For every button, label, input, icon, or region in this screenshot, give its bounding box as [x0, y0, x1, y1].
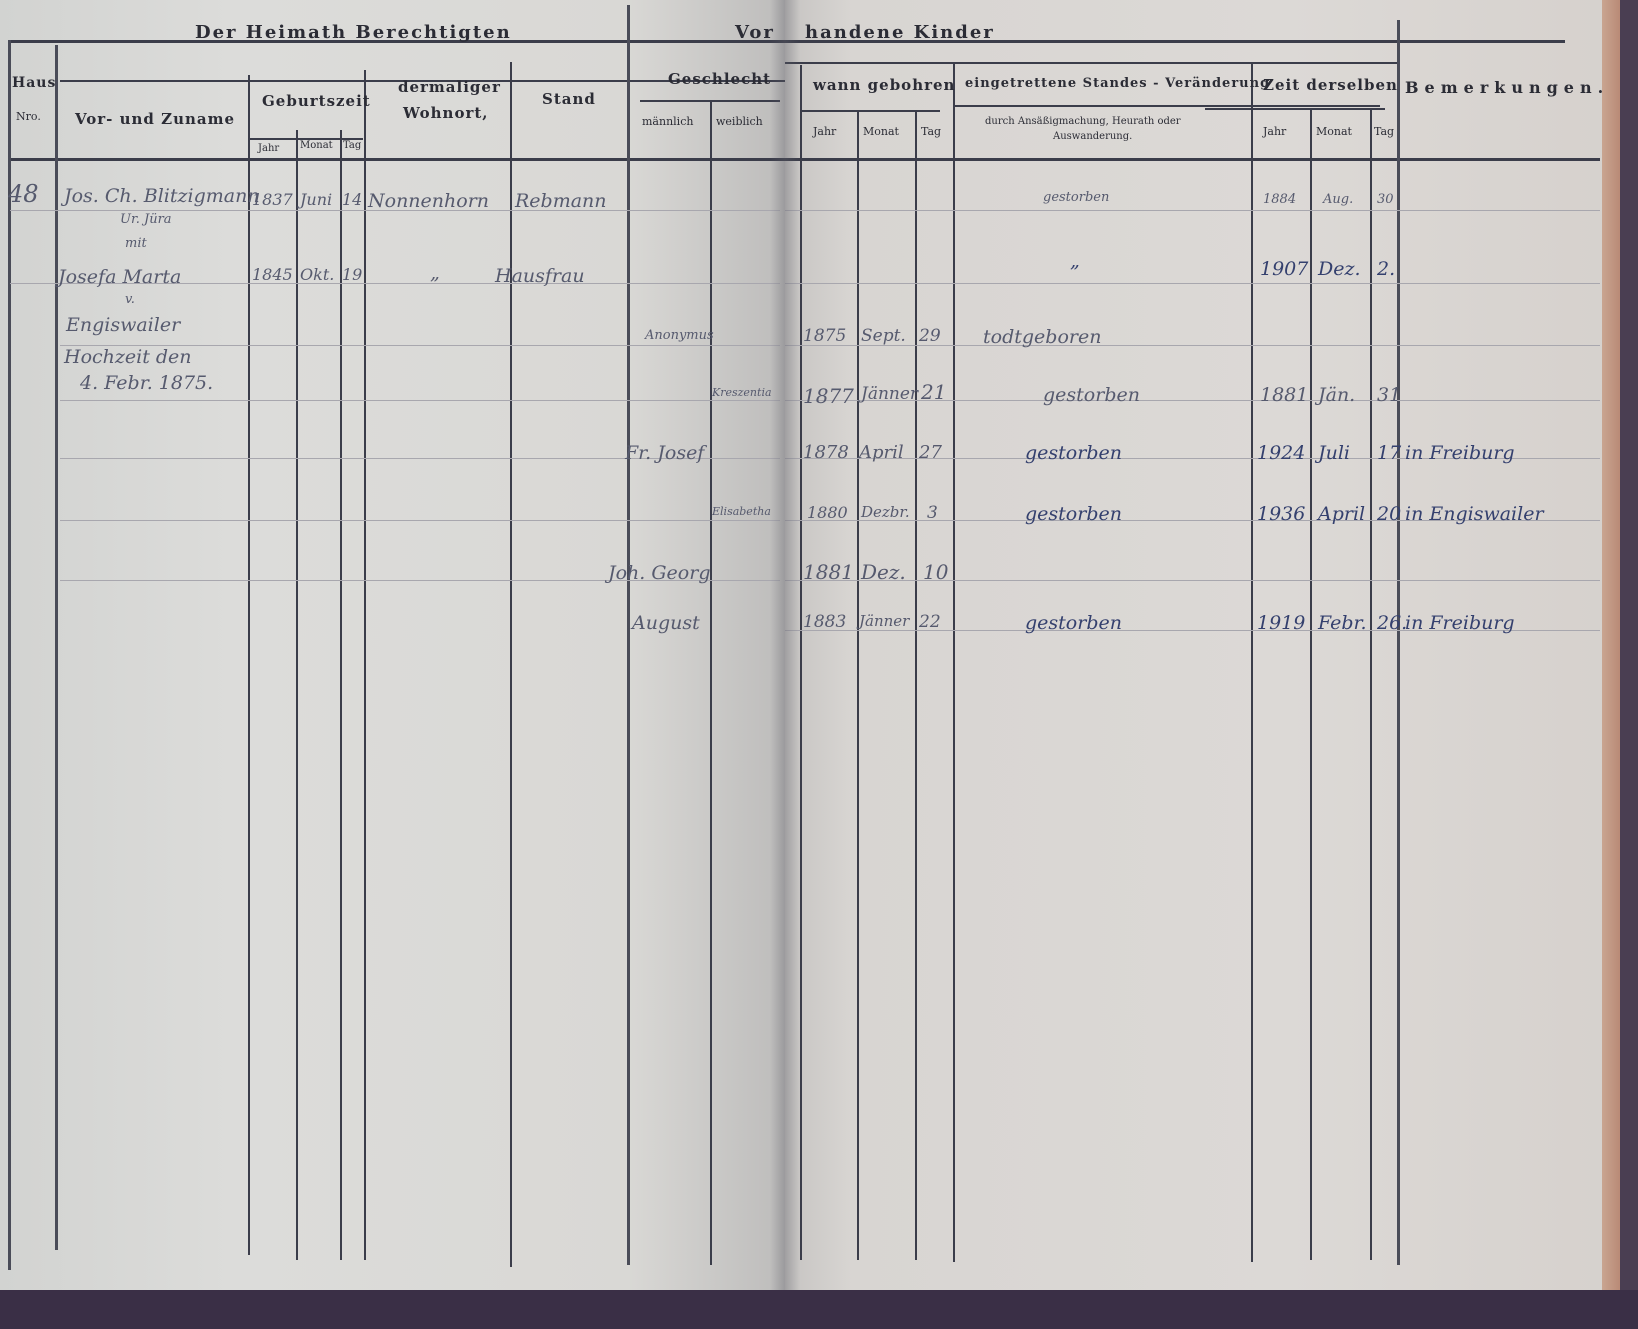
header-wann-gebohren: wann gebohren	[813, 76, 955, 94]
child-birth-month: Dez.	[861, 560, 906, 584]
rule-haus-name	[55, 45, 58, 1250]
child-zeit-monat: Jän.	[1318, 384, 1355, 406]
header-veraenderung: eingetrettene Standes - Veränderung	[965, 76, 1270, 91]
header-veraenderung-sub1: durch Ansäßigmachung, Heurath oder	[985, 116, 1181, 127]
rule-gebohren-sub	[800, 110, 940, 112]
header-veraenderung-sub2: Auswanderung.	[1053, 131, 1132, 142]
mother-stand: Hausfrau	[495, 265, 585, 287]
name-line: 4. Febr. 1875.	[80, 372, 213, 394]
header-geburt-tag: Tag	[343, 140, 361, 151]
header-geburtszeit: Geburtszeit	[262, 92, 371, 110]
rule-zeit-sub	[1205, 108, 1385, 110]
rule-veraenderung-sub	[955, 105, 1380, 107]
title-fragment-vor: Vor	[735, 22, 775, 43]
name-line: Jos. Ch. Blitzigmann	[64, 185, 260, 207]
left-page-title: Der Heimath Berechtigten	[195, 22, 512, 43]
child-birth-month: Sept.	[861, 326, 906, 346]
child-bemerkung: in Freiburg	[1405, 442, 1515, 464]
name-line: Josefa Marta	[58, 266, 181, 288]
child-veraenderung: gestorben	[1043, 384, 1140, 406]
row-rule	[785, 580, 1600, 581]
father-wohnort: Nonnenhorn	[368, 190, 489, 212]
name-line: Engiswailer	[66, 314, 180, 336]
mother-zeit-monat: Dez.	[1318, 258, 1361, 280]
father-birth-month: Juni	[300, 190, 332, 209]
child-name-maennlich: Joh. Georg	[608, 562, 710, 584]
right-page: handene Kinder wann gebohren Jahr Monat …	[785, 0, 1620, 1310]
child-zeit-jahr: 1924	[1257, 442, 1305, 464]
child-zeit-jahr: 1881	[1260, 384, 1308, 406]
child-veraenderung: todtgeboren	[983, 326, 1101, 348]
child-birth-day: 27	[919, 442, 942, 463]
child-zeit-jahr: 1919	[1257, 612, 1305, 634]
child-birth-day: 3	[927, 503, 938, 523]
row-rule	[785, 345, 1600, 346]
header-geschlecht: Geschlecht	[668, 70, 771, 88]
child-zeit-monat: Juli	[1318, 442, 1350, 464]
child-birth-month: Jänner	[859, 612, 909, 630]
father-zeit-monat: Aug.	[1323, 192, 1353, 207]
child-name-maennlich: Anonymus	[645, 328, 714, 343]
mother-birth-day: 19	[342, 265, 362, 284]
book-bottom-shadow	[0, 1290, 1638, 1329]
mother-veraenderung: „	[1070, 250, 1080, 272]
child-birth-day: 10	[923, 560, 948, 584]
header-name: Vor- und Zuname	[75, 110, 235, 128]
open-register-book: Der Heimath Berechtigten Haus Nro. Vor- …	[0, 0, 1638, 1310]
child-name-weiblich: Kreszentia	[712, 386, 772, 399]
header-nro: Nro.	[16, 110, 41, 123]
header-zeit-monat: Monat	[1316, 125, 1352, 138]
header-bottom-rule	[10, 158, 785, 161]
rule-geschlecht-sub	[640, 100, 780, 102]
header-sub-rule	[785, 62, 1400, 64]
father-birth-day: 14	[342, 190, 362, 209]
name-line: v.	[125, 292, 135, 307]
row-rule	[60, 400, 780, 401]
name-line: Ur. Jüra	[120, 212, 172, 227]
header-geburt-monat: Monat	[300, 140, 333, 151]
rule-name-jahr	[248, 75, 250, 1255]
left-page: Der Heimath Berechtigten Haus Nro. Vor- …	[0, 0, 785, 1310]
child-veraenderung: gestorben	[1025, 442, 1122, 464]
child-birth-year: 1881	[803, 560, 854, 584]
header-weiblich: weiblich	[716, 115, 763, 128]
child-zeit-monat: April	[1318, 503, 1365, 525]
father-birth-year: 1837	[252, 190, 293, 209]
header-geburt-jahr: Jahr	[258, 143, 279, 154]
rule-veraenderung-zeit	[1251, 62, 1253, 1262]
child-name-maennlich: Fr. Josef	[625, 442, 704, 464]
header-bottom-rule	[785, 158, 1600, 161]
header-wohnort: Wohnort,	[403, 104, 489, 122]
rule-tag-wohnort	[364, 70, 366, 1260]
header-maennlich: männlich	[642, 115, 693, 128]
mother-wohnort: „	[430, 262, 440, 284]
rule-maennlich-weiblich	[710, 100, 712, 1265]
child-name-weiblich: Elisabetha	[712, 505, 771, 518]
rule-jahr-monat	[296, 130, 298, 1260]
header-zeit-tag: Tag	[1374, 125, 1394, 138]
name-line: Hochzeit den	[64, 346, 192, 368]
header-dermaliger: dermaliger	[398, 78, 501, 96]
child-birth-day: 21	[921, 380, 946, 404]
row-rule	[785, 210, 1600, 211]
rule-zeit-bemerkungen	[1397, 20, 1400, 1265]
rule-monat-tag	[340, 130, 342, 1260]
child-birth-year: 1877	[803, 384, 854, 408]
child-zeit-monat: Febr.	[1318, 612, 1367, 634]
rule-wohnort-stand	[510, 62, 512, 1267]
mother-birth-month: Okt.	[300, 265, 334, 284]
rule-tag-veraenderung	[953, 62, 955, 1262]
child-birth-month: Dezbr.	[861, 503, 910, 521]
header-zeit-jahr: Jahr	[1263, 125, 1286, 138]
right-page-title: handene Kinder	[805, 22, 995, 43]
header-gebohren-jahr: Jahr	[813, 125, 836, 138]
child-zeit-tag: 20	[1377, 503, 1401, 525]
child-birth-day: 22	[919, 612, 941, 632]
child-birth-year: 1878	[803, 442, 849, 463]
child-birth-year: 1875	[803, 326, 846, 346]
header-bemerkungen: Bemerkungen.	[1405, 78, 1609, 97]
row-rule	[60, 520, 780, 521]
rule-gebohren-left	[800, 65, 802, 1260]
book-page-edge	[1602, 0, 1620, 1310]
child-zeit-tag: 26.	[1377, 612, 1407, 634]
child-birth-month: April	[859, 442, 904, 463]
child-birth-month: Jänner	[861, 384, 918, 404]
child-bemerkung: in Freiburg	[1405, 612, 1515, 634]
father-zeit-jahr: 1884	[1263, 192, 1296, 207]
header-gebohren-tag: Tag	[921, 125, 941, 138]
child-bemerkung: in Engiswailer	[1405, 503, 1544, 525]
header-stand: Stand	[542, 90, 596, 108]
father-veraenderung: gestorben	[1043, 190, 1109, 205]
rule-left-border	[8, 40, 11, 1270]
child-birth-year: 1883	[803, 612, 846, 632]
header-gebohren-monat: Monat	[863, 125, 899, 138]
haus-number: 48	[8, 180, 39, 208]
child-zeit-tag: 31	[1377, 384, 1401, 406]
mother-zeit-tag: 2.	[1377, 258, 1395, 280]
child-veraenderung: gestorben	[1025, 612, 1122, 634]
father-stand: Rebmann	[515, 190, 607, 212]
header-haus: Haus	[12, 75, 56, 91]
name-line: mit	[125, 236, 147, 251]
father-zeit-tag: 30	[1377, 192, 1394, 207]
mother-birth-year: 1845	[252, 265, 293, 284]
row-rule	[785, 283, 1600, 284]
child-birth-day: 29	[919, 326, 941, 346]
child-zeit-tag: 17	[1377, 442, 1401, 464]
child-birth-year: 1880	[807, 503, 848, 522]
child-zeit-jahr: 1936	[1257, 503, 1305, 525]
child-name-maennlich: August	[632, 612, 700, 634]
mother-zeit-jahr: 1907	[1260, 258, 1308, 280]
rule-stand-geschlecht	[627, 5, 630, 1265]
child-veraenderung: gestorben	[1025, 503, 1122, 525]
header-zeit-derselben: Zeit derselben	[1263, 76, 1398, 94]
